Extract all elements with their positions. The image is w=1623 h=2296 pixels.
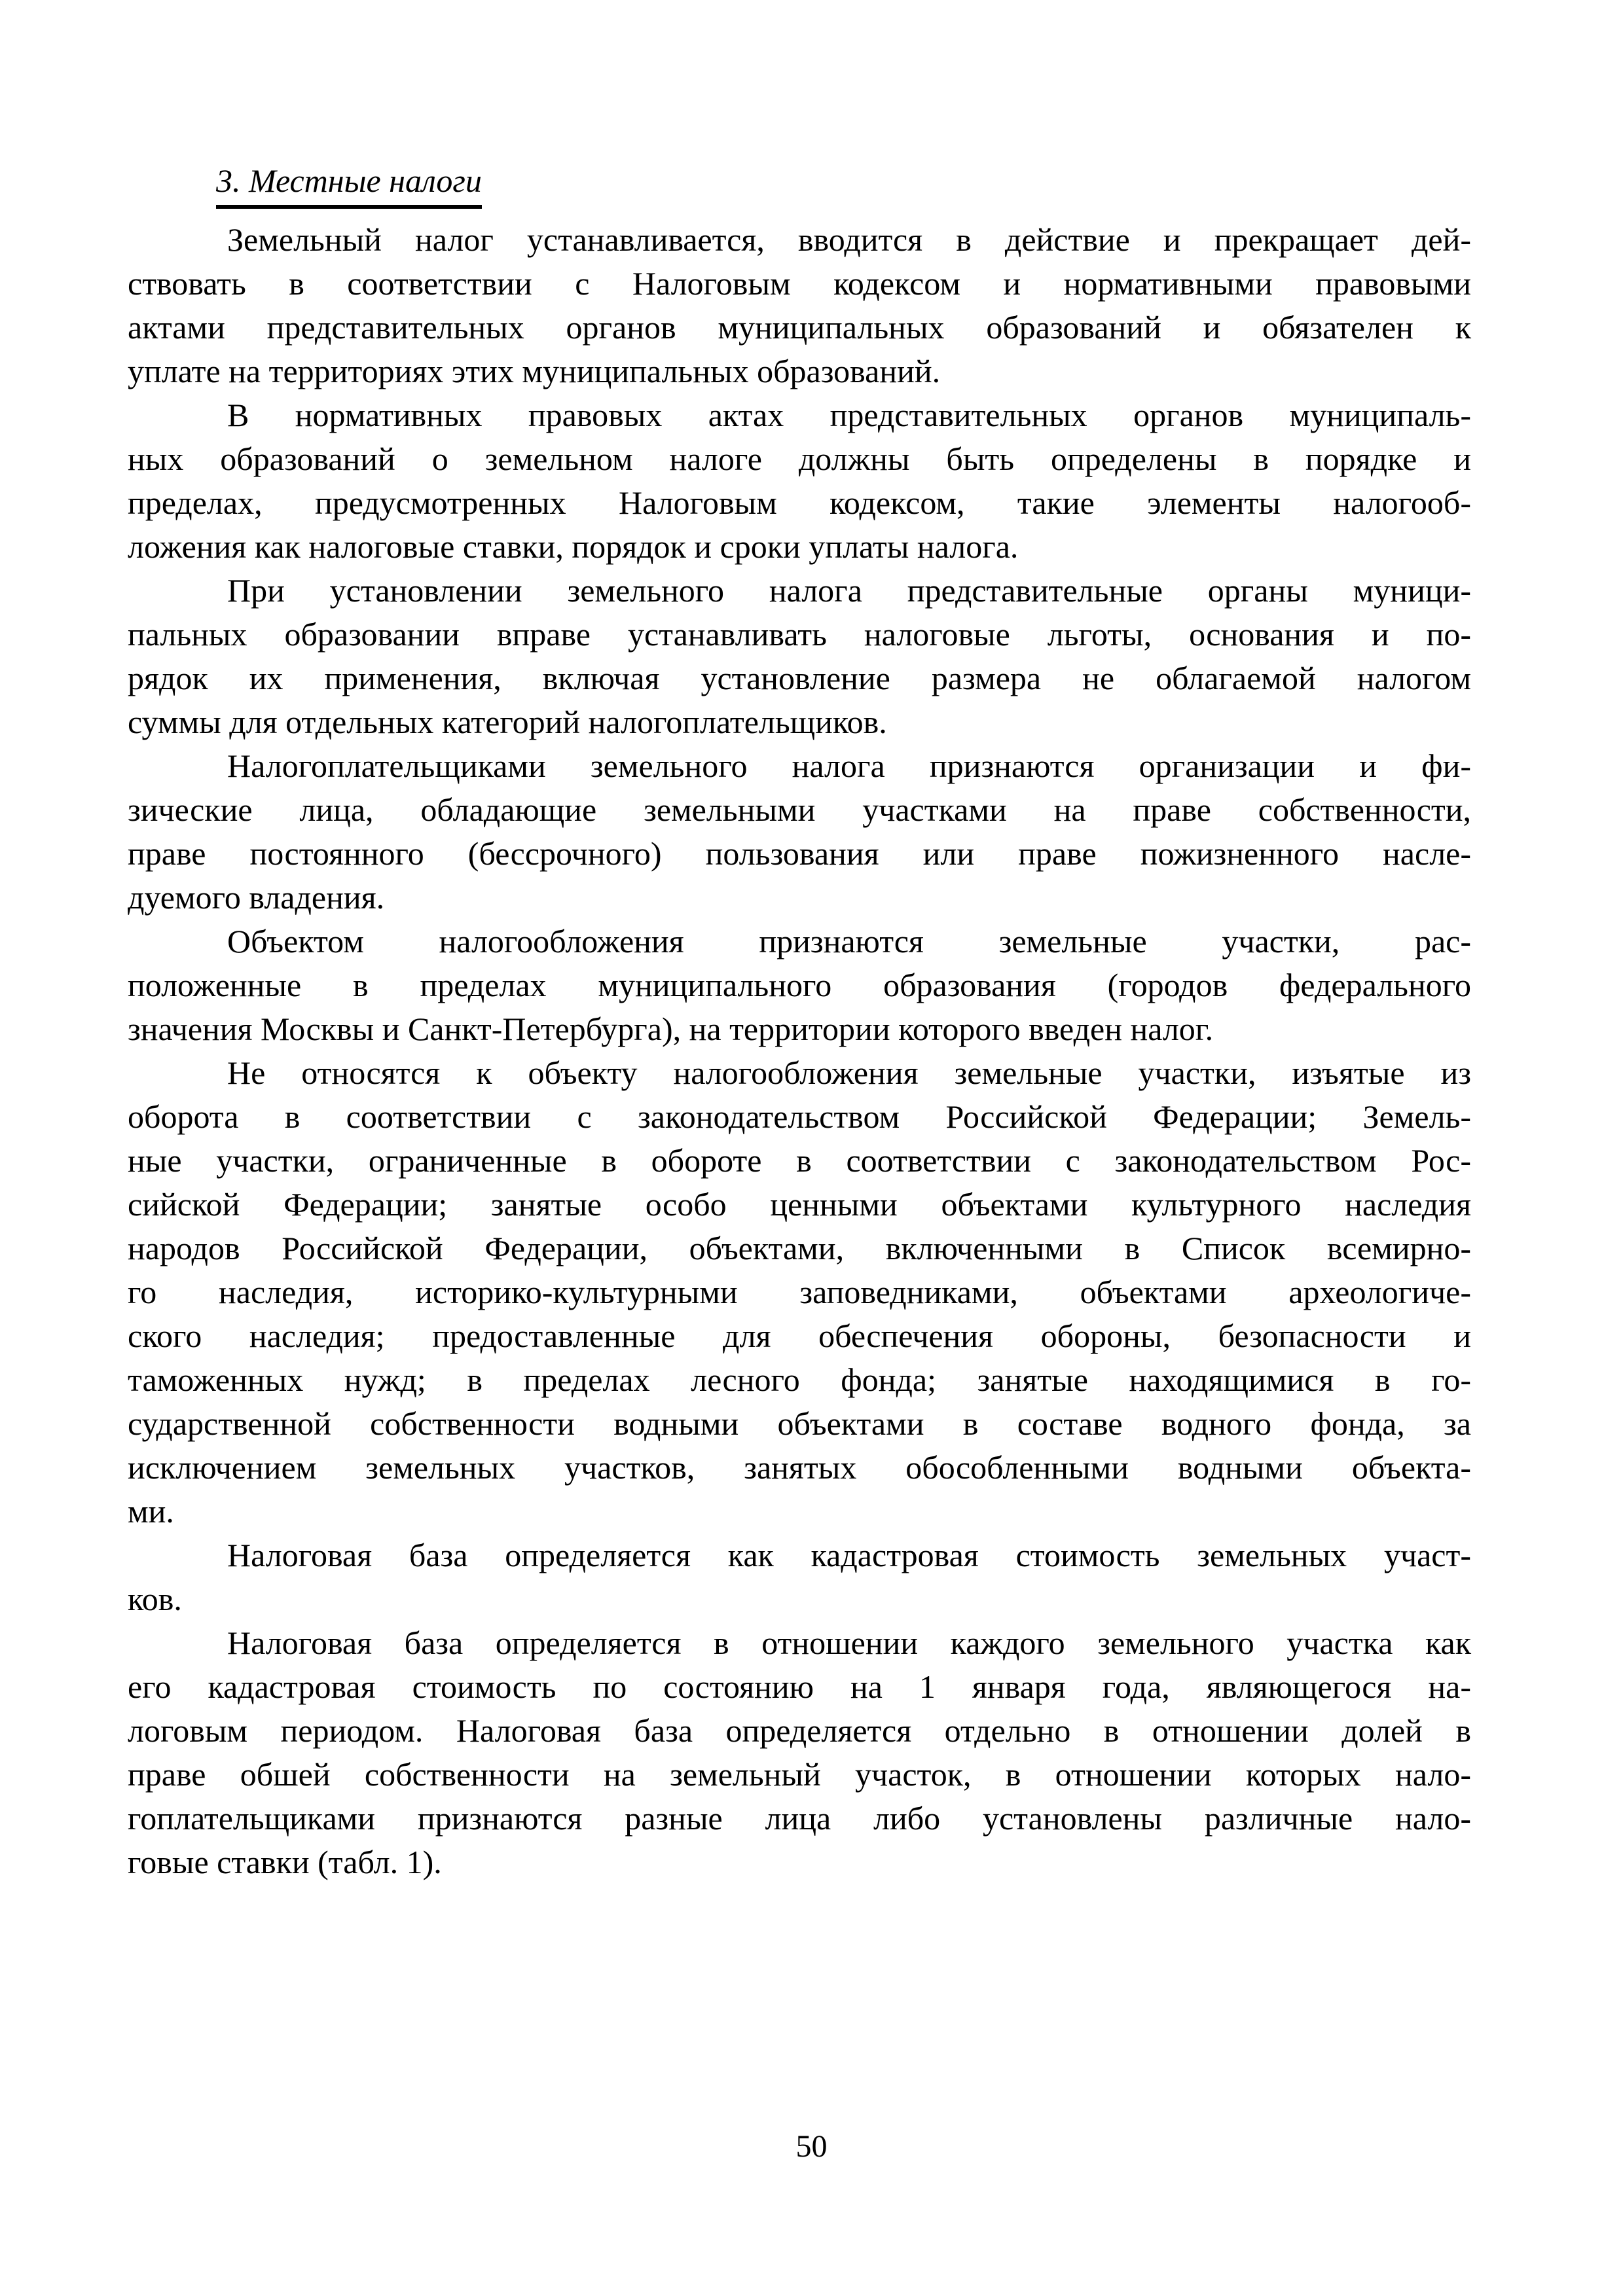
text-line: При установлении земельного налога предс… <box>128 569 1471 613</box>
text-line: рядок их применения, включая установлени… <box>128 656 1471 700</box>
text-line: Объектом налогообложения признаются земе… <box>128 920 1471 963</box>
text-line: значения Москвы и Санкт-Петербурга), на … <box>128 1007 1471 1051</box>
text-line: Земельный налог устанавливается, вводитс… <box>128 218 1471 262</box>
text-line: праве обшей собственности на земельный у… <box>128 1753 1471 1797</box>
paragraph: Не относятся к объекту налогообложения з… <box>128 1051 1471 1534</box>
paragraphs-container: Земельный налог устанавливается, вводитс… <box>128 218 1471 1884</box>
text-line: сударственной собственности водными объе… <box>128 1402 1471 1446</box>
text-line: ных образований о земельном налоге должн… <box>128 437 1471 481</box>
text-line: исключением земельных участков, занятых … <box>128 1446 1471 1490</box>
text-line: В нормативных правовых актах представите… <box>128 393 1471 437</box>
text-line: Налогоплательщиками земельного налога пр… <box>128 744 1471 788</box>
text-line: народов Российской Федерации, объектами,… <box>128 1227 1471 1270</box>
text-line: ми. <box>128 1490 1471 1534</box>
paragraph: Налоговая база определяется как кадастро… <box>128 1534 1471 1621</box>
text-line: Не относятся к объекту налогообложения з… <box>128 1051 1471 1095</box>
paragraph: В нормативных правовых актах представите… <box>128 393 1471 569</box>
text-line: пределах, предусмотренных Налоговым коде… <box>128 481 1471 525</box>
text-line: логовым периодом. Налоговая база определ… <box>128 1709 1471 1753</box>
text-line: зические лица, обладающие земельными уча… <box>128 788 1471 832</box>
paragraph: При установлении земельного налога предс… <box>128 569 1471 744</box>
text-line: уплате на территориях этих муниципальных… <box>128 350 1471 393</box>
text-line: говые ставки (табл. 1). <box>128 1840 1471 1884</box>
text-line: оборота в соответствии с законодательств… <box>128 1095 1471 1139</box>
text-line: таможенных нужд; в пределах лесного фонд… <box>128 1358 1471 1402</box>
text-line: суммы для отдельных категорий налогоплат… <box>128 700 1471 744</box>
text-line: сийской Федерации; занятые особо ценными… <box>128 1183 1471 1227</box>
text-content: 3. Местные налоги Земельный налог устана… <box>128 159 1471 1884</box>
text-line: положенные в пределах муниципального обр… <box>128 963 1471 1007</box>
text-line: праве постоянного (бессрочного) пользова… <box>128 832 1471 876</box>
paragraph: Объектом налогообложения признаются земе… <box>128 920 1471 1051</box>
text-line: ствовать в соответствии с Налоговым коде… <box>128 262 1471 306</box>
text-line: ков. <box>128 1577 1471 1621</box>
text-line: ные участки, ограниченные в обороте в со… <box>128 1139 1471 1183</box>
text-line: ложения как налоговые ставки, порядок и … <box>128 525 1471 569</box>
text-line: ского наследия; предоставленные для обес… <box>128 1314 1471 1358</box>
section-heading-text: 3. Местные налоги <box>216 159 482 209</box>
paragraph: Налогоплательщиками земельного налога пр… <box>128 744 1471 920</box>
text-line: гоплательщиками признаются разные лица л… <box>128 1797 1471 1840</box>
paragraph: Налоговая база определяется в отношении … <box>128 1621 1471 1884</box>
text-line: Налоговая база определяется в отношении … <box>128 1621 1471 1665</box>
text-line: дуемого владения. <box>128 876 1471 920</box>
section-heading: 3. Местные налоги <box>216 159 1471 209</box>
page-number: 50 <box>0 2128 1623 2165</box>
text-line: пальных образовании вправе устанавливать… <box>128 613 1471 656</box>
text-line: его кадастровая стоимость по состоянию н… <box>128 1665 1471 1709</box>
text-line: актами представительных органов муниципа… <box>128 306 1471 350</box>
text-line: Налоговая база определяется как кадастро… <box>128 1534 1471 1577</box>
document-page: 3. Местные налоги Земельный налог устана… <box>0 0 1623 2296</box>
paragraph: Земельный налог устанавливается, вводитс… <box>128 218 1471 393</box>
text-line: го наследия, историко-культурными запове… <box>128 1270 1471 1314</box>
